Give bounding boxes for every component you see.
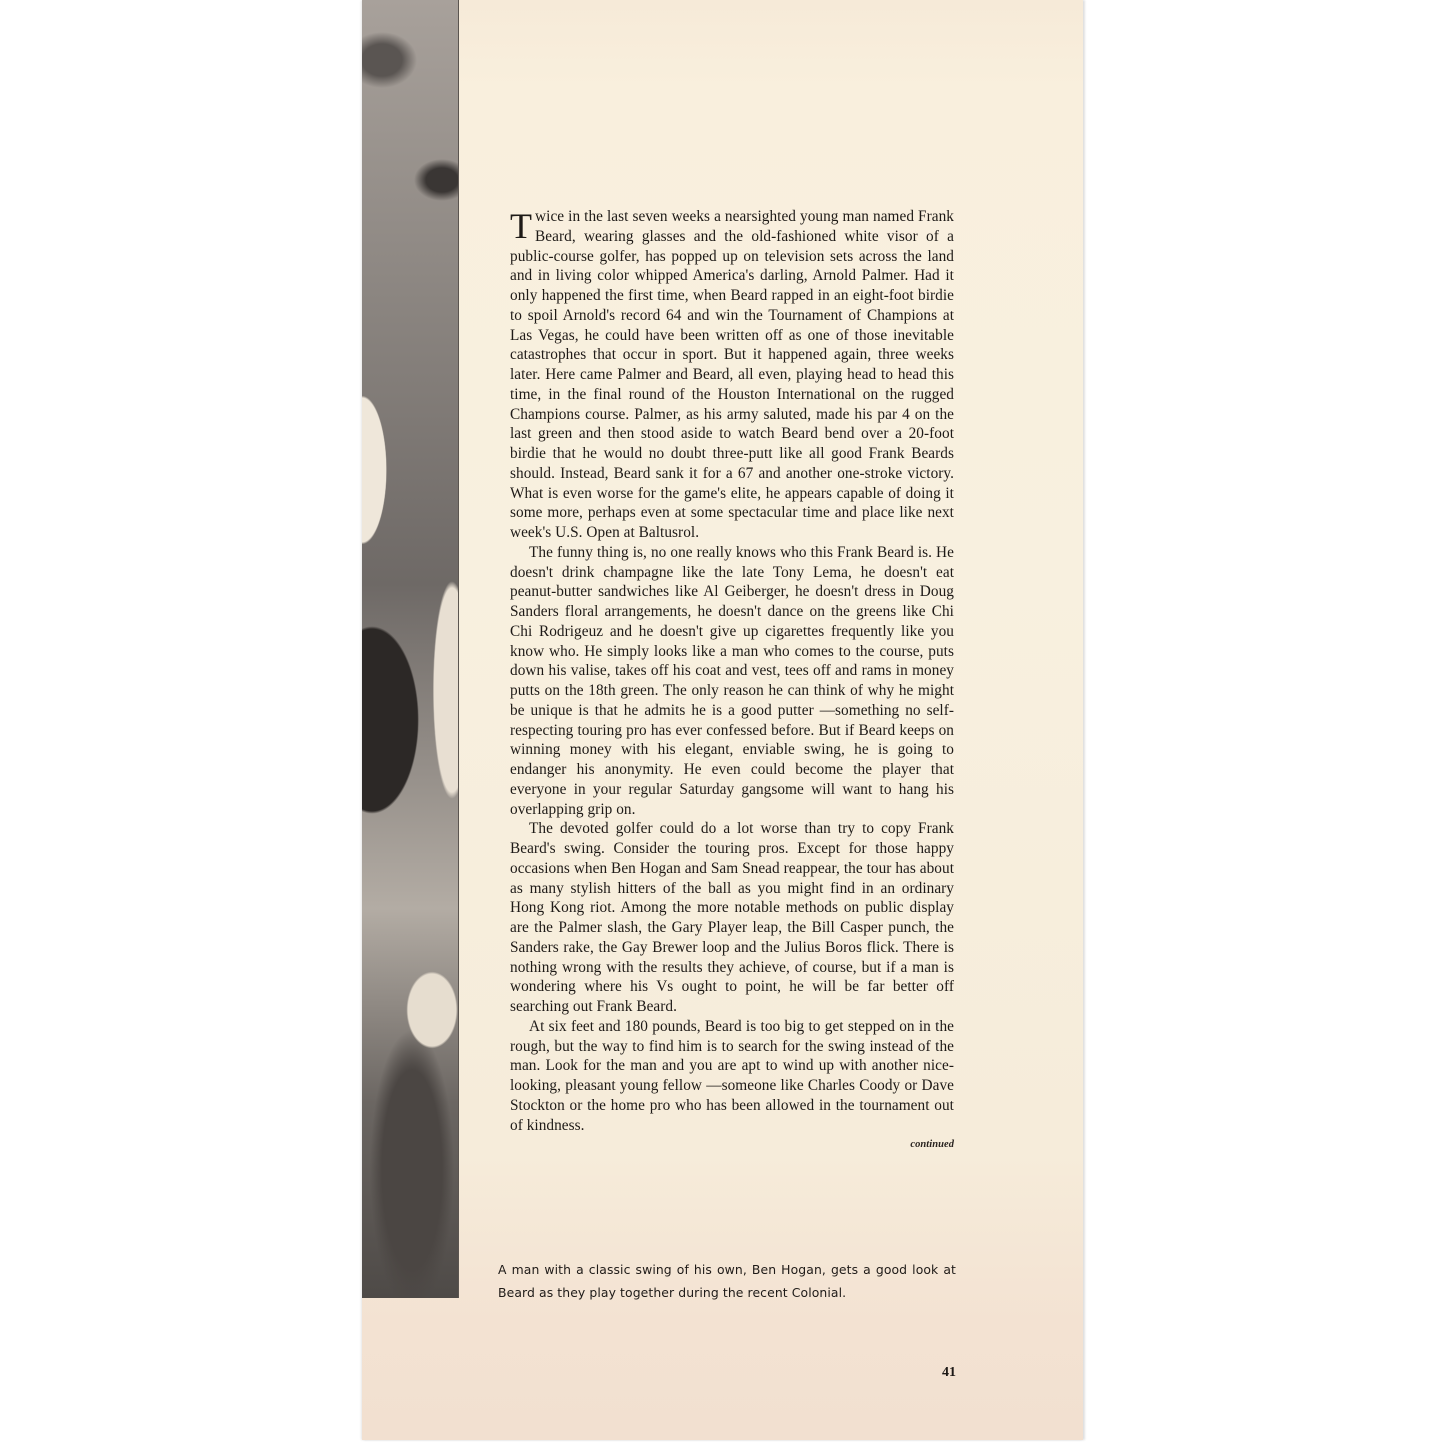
- article-paragraph: The funny thing is, no one really knows …: [510, 543, 954, 820]
- page-number: 41: [936, 1365, 956, 1381]
- photo: [362, 0, 459, 1298]
- article-body: Twice in the last seven weeks a nearsigh…: [510, 207, 954, 1153]
- magazine-page: Twice in the last seven weeks a nearsigh…: [362, 0, 1083, 1440]
- drop-cap: T: [510, 211, 532, 241]
- article-paragraph: The devoted golfer could do a lot worse …: [510, 819, 954, 1017]
- paragraph-text: wice in the last seven weeks a nearsight…: [510, 208, 954, 541]
- continued-label: continued: [510, 1137, 954, 1153]
- photo-caption: A man with a classic swing of his own, B…: [498, 1258, 956, 1304]
- article-paragraph: Twice in the last seven weeks a nearsigh…: [510, 207, 954, 543]
- article-paragraph: At six feet and 180 pounds, Beard is too…: [510, 1017, 954, 1136]
